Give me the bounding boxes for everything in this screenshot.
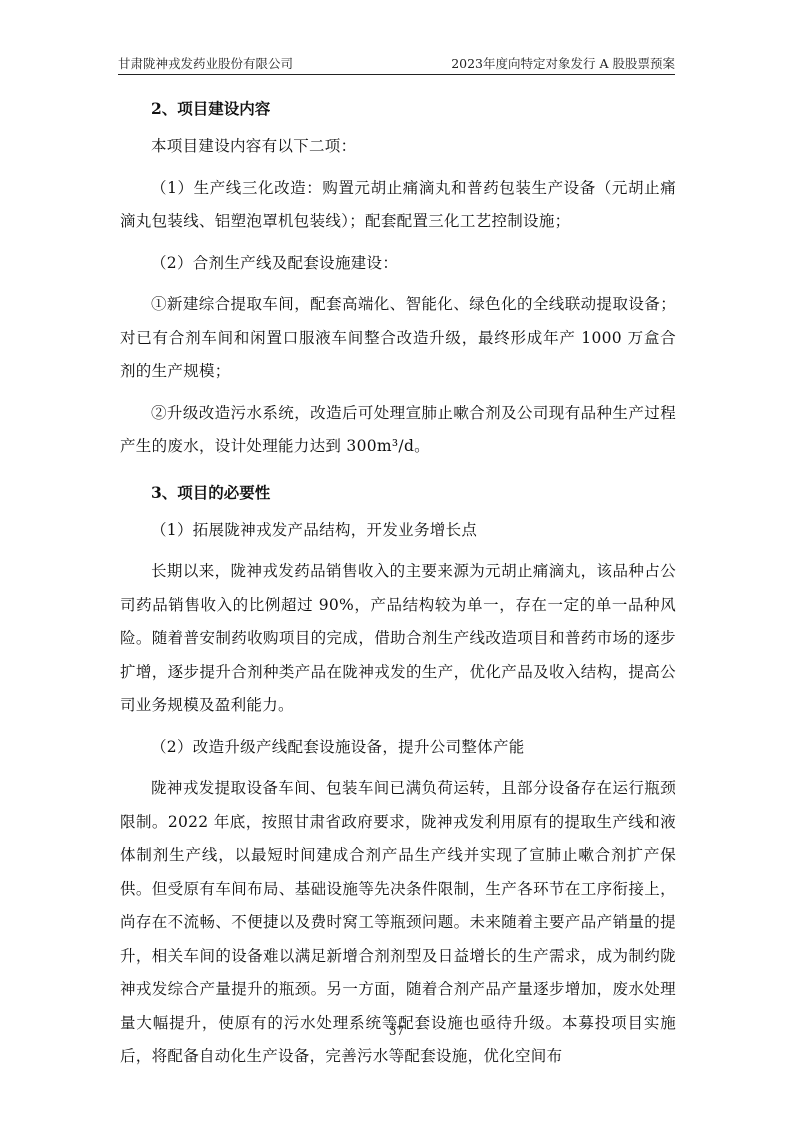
paragraph-item-2-title: （2）合剂生产线及配套设施建设： [120,247,676,281]
page-header: 甘肃陇神戎发药业股份有限公司 2023年度向特定对象发行 A 股股票预案 [118,56,675,75]
paragraph-item-1: （1）生产线三化改造：购置元胡止痛滴丸和普药包装生产设备（元胡止痛滴丸包装线、铝… [120,172,676,239]
paragraph-intro: 本项目建设内容有以下二项： [120,130,676,164]
paragraph-item-2b: ②升级改造污水系统，改造后可处理宣肺止嗽合剂及公司现有品种生产过程产生的废水，设… [120,397,676,464]
subheading-product-structure: （1）拓展陇神戎发产品结构，开发业务增长点 [120,514,676,548]
page-body: 2、项目建设内容 本项目建设内容有以下二项： （1）生产线三化改造：购置元胡止痛… [120,88,676,1082]
paragraph-item-2a: ①新建综合提取车间，配套高端化、智能化、绿色化的全线联动提取设备；对已有合剂车间… [120,288,676,389]
header-document-title: 2023年度向特定对象发行 A 股股票预案 [451,56,675,72]
page-number: 37 [0,1024,793,1038]
header-company-name: 甘肃陇神戎发药业股份有限公司 [118,56,293,72]
section-heading-necessity: 3、项目的必要性 [120,472,676,514]
paragraph-product-structure: 长期以来，陇神戎发药品销售收入的主要来源为元胡止痛滴丸，该品种占公司药品销售收入… [120,555,676,723]
subheading-capacity-upgrade: （2）改造升级产线配套设施设备，提升公司整体产能 [120,731,676,765]
section-heading-construction: 2、项目建设内容 [120,88,676,130]
